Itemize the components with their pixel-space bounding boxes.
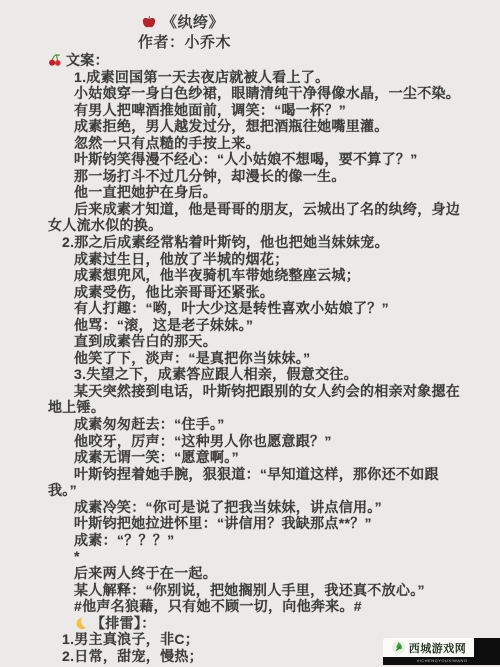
text-line-content: 成素过生日，他放了半城的烟花；	[74, 251, 289, 267]
text-line-content: 他一直把她护在身后。	[74, 184, 217, 200]
screenshot-page: 《纨绔》 作者：小乔木 文案：1.成素回国第一天去夜店就被人看上了。小姑娘穿一身…	[0, 0, 500, 667]
text-line: *	[48, 548, 500, 565]
text-line-content: 1.男主真浪子，非C；	[62, 631, 199, 647]
text-line: #他声名狼藉，只有她不顾一切，向他奔来。#	[48, 598, 500, 615]
text-line-content: 成素：“？？？”	[74, 532, 174, 548]
text-line: 后来两人终于在一起。	[48, 565, 500, 582]
text-line: 有男人把啤酒推她面前，调笑：“喝一杯？”	[48, 102, 500, 119]
text-line: 他咬牙，厉声：“这种男人你也愿意跟？”	[48, 433, 500, 450]
text-line-content: 叶斯钧捏着她手腕，狠狠道：“早知道这样，那你还不如跟	[74, 466, 439, 482]
text-line-content: 成素想兜风，他半夜骑机车带她绕整座云城；	[74, 267, 360, 283]
text-line: 叶斯钧把她拉进怀里：“讲信用？我缺那点**？”	[48, 515, 500, 532]
text-line: 3.失望之下，成素答应跟人相亲，假意交往。	[48, 366, 500, 383]
text-line: 小姑娘穿一身白色纱裙，眼睛清纯干净得像水晶，一尘不染。	[48, 85, 500, 102]
text-line: 他骂：“滚，这是老子妹妹。”	[48, 317, 500, 334]
text-line-content: 忽然一只有点糙的手按上来。	[74, 135, 260, 151]
text-line: 叶斯钧笑得漫不经心：“人小姑娘不想喝，要不算了？”	[48, 151, 500, 168]
text-line: 叶斯钧捏着她手腕，狠狠道：“早知道这样，那你还不如跟	[48, 466, 500, 483]
text-line-content: 他骂：“滚，这是老子妹妹。”	[74, 317, 253, 333]
text-line: 我。”	[48, 482, 500, 499]
text-line: 后来成素才知道，他是哥哥的朋友，云城出了名的纨绔，身边	[48, 201, 500, 218]
watermark-site-name: 西城游戏网	[409, 640, 467, 656]
text-line: 那一场打斗不过几分钟，却漫长的像一生。	[48, 168, 500, 185]
text-line: 【排雷】：	[48, 615, 500, 632]
text-line: 有人打趣：“哟，叶大少这是转性喜欢小姑娘了？”	[48, 300, 500, 317]
text-line-content: 2.那之后成素经常粘着叶斯钧，他也把她当妹妹宠。	[62, 234, 389, 250]
text-line: 某天突然接到电话，叶斯钧把跟别的女人约会的相亲对象摁在	[48, 383, 500, 400]
text-line: 成素受伤，他比亲哥哥还紧张。	[48, 284, 500, 301]
text-line-content: 叶斯钧笑得漫不经心：“人小姑娘不想喝，要不算了？”	[74, 151, 418, 167]
text-line: 成素匆匆赶去：“住手。”	[48, 416, 500, 433]
text-line-content: 他咬牙，厉声：“这种男人你也愿意跟？”	[74, 433, 332, 449]
text-line-content: 成素受伤，他比亲哥哥还紧张。	[74, 284, 274, 300]
text-line: 成素冷笑：“你可是说了把我当妹妹，讲点信用。”	[48, 499, 500, 516]
body-lines: 文案：1.成素回国第一天去夜店就被人看上了。小姑娘穿一身白色纱裙，眼睛清纯干净得…	[0, 52, 500, 664]
text-line-content: 女人流水似的换。	[48, 217, 162, 233]
text-line-content: 有男人把啤酒推她面前，调笑：“喝一杯？”	[74, 102, 346, 118]
text-line: 成素过生日，他放了半城的烟花；	[48, 251, 500, 268]
text-line: 某人解释：“你别说，把她搁别人手里，我还真不放心。”	[48, 582, 500, 599]
text-line: 1.成素回国第一天去夜店就被人看上了。	[48, 69, 500, 86]
title-block: 《纨绔》 作者：小乔木	[138, 14, 231, 52]
watermark-subtext: XICHENGYOUXIWANG	[383, 657, 500, 665]
text-line: 成素：“？？？”	[48, 532, 500, 549]
text-line-content: 成素冷笑：“你可是说了把我当妹妹，讲点信用。”	[74, 499, 382, 515]
text-line: 直到成素告白的那天。	[48, 333, 500, 350]
watermark: 西城游戏网 XICHENGYOUXIWANG	[383, 638, 500, 665]
watermark-logo-box: 西城游戏网	[383, 638, 474, 657]
text-line: 他笑了下，淡声：“是真把你当妹妹。”	[48, 350, 500, 367]
text-line: 忽然一只有点糙的手按上来。	[48, 135, 500, 152]
text-line-content: 成素匆匆赶去：“住手。”	[74, 416, 225, 432]
text-line: 2.那之后成素经常粘着叶斯钧，他也把她当妹妹宠。	[48, 234, 500, 251]
leaf-badge-icon	[391, 640, 406, 655]
watermark-row: 西城游戏网	[383, 638, 500, 657]
text-line-content: 文案：	[66, 52, 109, 68]
text-line-content: *	[74, 548, 80, 564]
watermark-subtext-text: XICHENGYOUXIWANG	[416, 659, 467, 663]
text-line-content: 那一场打斗不过几分钟，却漫长的像一生。	[74, 168, 346, 184]
text-line-content: 后来成素才知道，他是哥哥的朋友，云城出了名的纨绔，身边	[74, 201, 460, 217]
text-line: 他一直把她护在身后。	[48, 184, 500, 201]
text-line: 地上锤。	[48, 399, 500, 416]
text-line: 成素想兜风，他半夜骑机车带她绕整座云城；	[48, 267, 500, 284]
text-line-content: 2.日常，甜宠，慢热；	[62, 648, 203, 664]
text-line-content: 叶斯钧把她拉进怀里：“讲信用？我缺那点**？”	[74, 515, 372, 531]
text-line-content: 成素无谓一笑：“愿意啊。”	[74, 449, 239, 465]
text-line-content: 某天突然接到电话，叶斯钧把跟别的女人约会的相亲对象摁在	[74, 383, 460, 399]
book-title-line: 《纨绔》	[138, 14, 231, 34]
text-line: 女人流水似的换。	[48, 217, 500, 234]
text-line-content: 地上锤。	[48, 399, 105, 415]
author-line: 作者：小乔木	[138, 34, 231, 52]
book-title: 《纨绔》	[162, 14, 224, 31]
text-line-content: 3.失望之下，成素答应跟人相亲，假意交往。	[74, 366, 358, 382]
apple-icon	[142, 15, 156, 34]
text-line-content: 小姑娘穿一身白色纱裙，眼睛清纯干净得像水晶，一尘不染。	[74, 85, 460, 101]
text-line-content: 我。”	[48, 482, 77, 498]
text-line-content: 某人解释：“你别说，把她搁别人手里，我还真不放心。”	[74, 582, 425, 598]
cherries-icon	[48, 53, 62, 71]
text-line-content: 1.成素回国第一天去夜店就被人看上了。	[74, 69, 329, 85]
text-line: 文案：	[48, 52, 500, 69]
text-line-content: #他声名狼藉，只有她不顾一切，向他奔来。#	[74, 598, 362, 614]
text-line-content: 直到成素告白的那天。	[74, 333, 217, 349]
text-line-content: 有人打趣：“哟，叶大少这是转性喜欢小姑娘了？”	[74, 300, 389, 316]
text-line: 成素拒绝，男人越发过分，想把酒瓶往她嘴里灌。	[48, 118, 500, 135]
watermark-black-block	[474, 638, 500, 657]
text-line-content: 【排雷】：	[91, 615, 156, 631]
text-line-content: 成素拒绝，男人越发过分，想把酒瓶往她嘴里灌。	[74, 118, 389, 134]
text-line: 成素无谓一笑：“愿意啊。”	[48, 449, 500, 466]
text-line-content: 他笑了下，淡声：“是真把你当妹妹。”	[74, 350, 310, 366]
text-line-content: 后来两人终于在一起。	[74, 565, 217, 581]
